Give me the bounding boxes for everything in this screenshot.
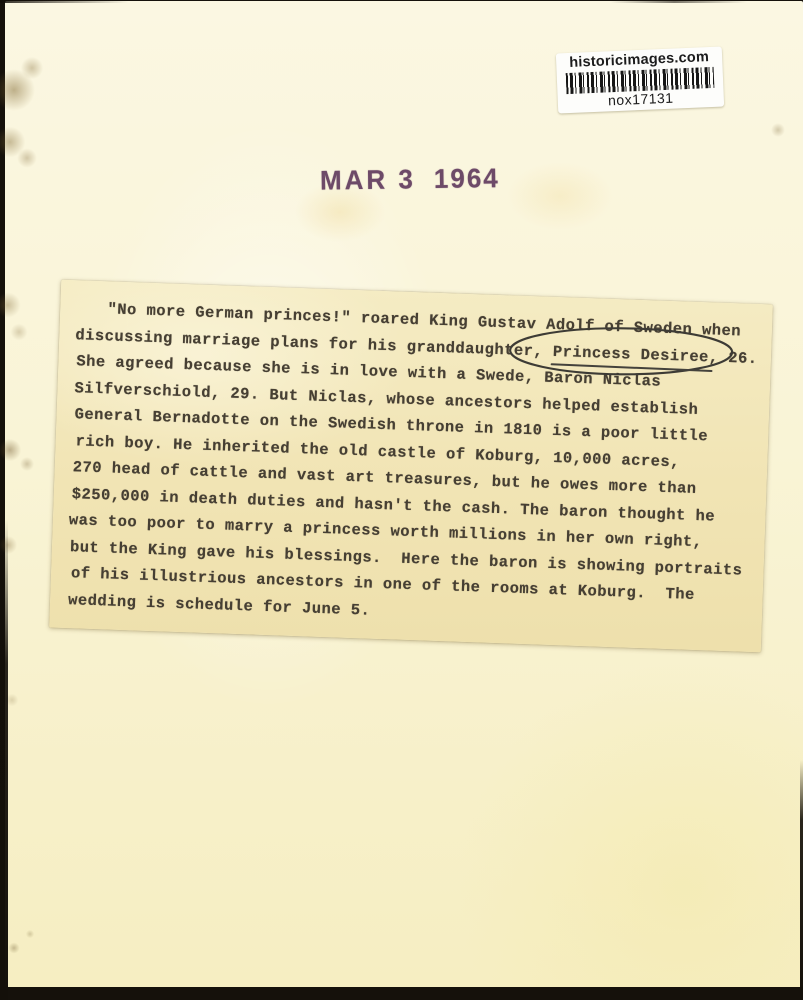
sticker-code-text: nox17131 (608, 91, 674, 109)
date-stamp-year: 1964 (434, 162, 500, 194)
barcode-sticker: historicimages.com nox17131 (556, 47, 724, 114)
date-stamp: MAR 31964 (320, 162, 500, 197)
caption-strip: "No more German princes!" roared King Gu… (49, 280, 773, 653)
left-edge-shadow (0, 520, 8, 1000)
top-edge-shadow (0, 0, 803, 3)
photo-back-scan: historicimages.com nox17131 MAR 31964 "N… (0, 0, 803, 1000)
typed-caption: "No more German princes!" roared King Gu… (68, 295, 763, 637)
date-stamp-month-day: MAR 3 (320, 163, 416, 196)
